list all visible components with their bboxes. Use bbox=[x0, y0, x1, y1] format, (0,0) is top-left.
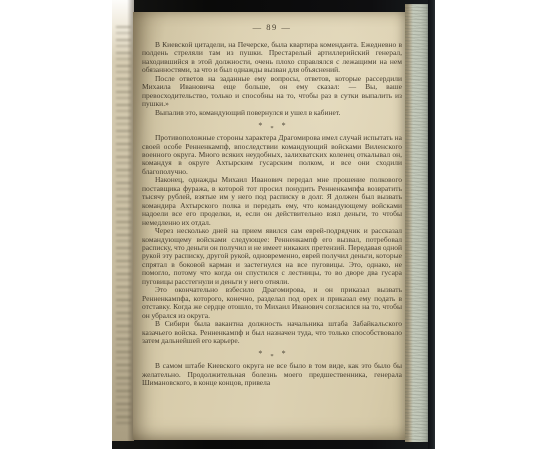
fore-edge-texture bbox=[405, 4, 428, 442]
paragraph: В Сибири была вакантна должность начальн… bbox=[142, 320, 402, 345]
book-cover-edge bbox=[428, 0, 435, 449]
text-block: В Киевской цитадели, на Печерске, была к… bbox=[142, 41, 402, 388]
paragraph: Это окончательно взбесило Драгомирова, и… bbox=[142, 286, 402, 320]
book-page: — 89 — В Киевской цитадели, на Печерске,… bbox=[133, 12, 405, 440]
section-separator: *** bbox=[142, 350, 402, 358]
paragraph: Через несколько дней на прием явился сам… bbox=[142, 227, 402, 286]
section-separator: *** bbox=[142, 122, 402, 130]
page-fore-edge bbox=[405, 4, 428, 442]
paragraph: После ответов на заданные ему вопросы, о… bbox=[142, 75, 402, 109]
book-photo: — 89 — В Киевской цитадели, на Печерске,… bbox=[112, 0, 435, 449]
separator-asterisk: * bbox=[258, 350, 262, 358]
paragraph: В самом штабе Киевского округа не все бы… bbox=[142, 362, 402, 387]
separator-asterisk: * bbox=[258, 122, 262, 130]
paragraph: Противоположные стороны характера Драгом… bbox=[142, 134, 402, 176]
paragraph: Выпалив это, командующий повернулся и уш… bbox=[142, 109, 402, 117]
paragraph: Наконец, однажды Михаил Иванович передал… bbox=[142, 176, 402, 227]
separator-asterisk: * bbox=[282, 350, 286, 358]
separator-asterisk: * bbox=[270, 353, 273, 361]
separator-asterisk: * bbox=[282, 122, 286, 130]
facing-page-edge bbox=[112, 0, 134, 441]
separator-asterisk: * bbox=[270, 125, 273, 133]
page-content: — 89 — В Киевской цитадели, на Печерске,… bbox=[133, 12, 405, 440]
paragraph: В Киевской цитадели, на Печерске, была к… bbox=[142, 41, 402, 75]
page-number: — 89 — bbox=[142, 22, 402, 32]
